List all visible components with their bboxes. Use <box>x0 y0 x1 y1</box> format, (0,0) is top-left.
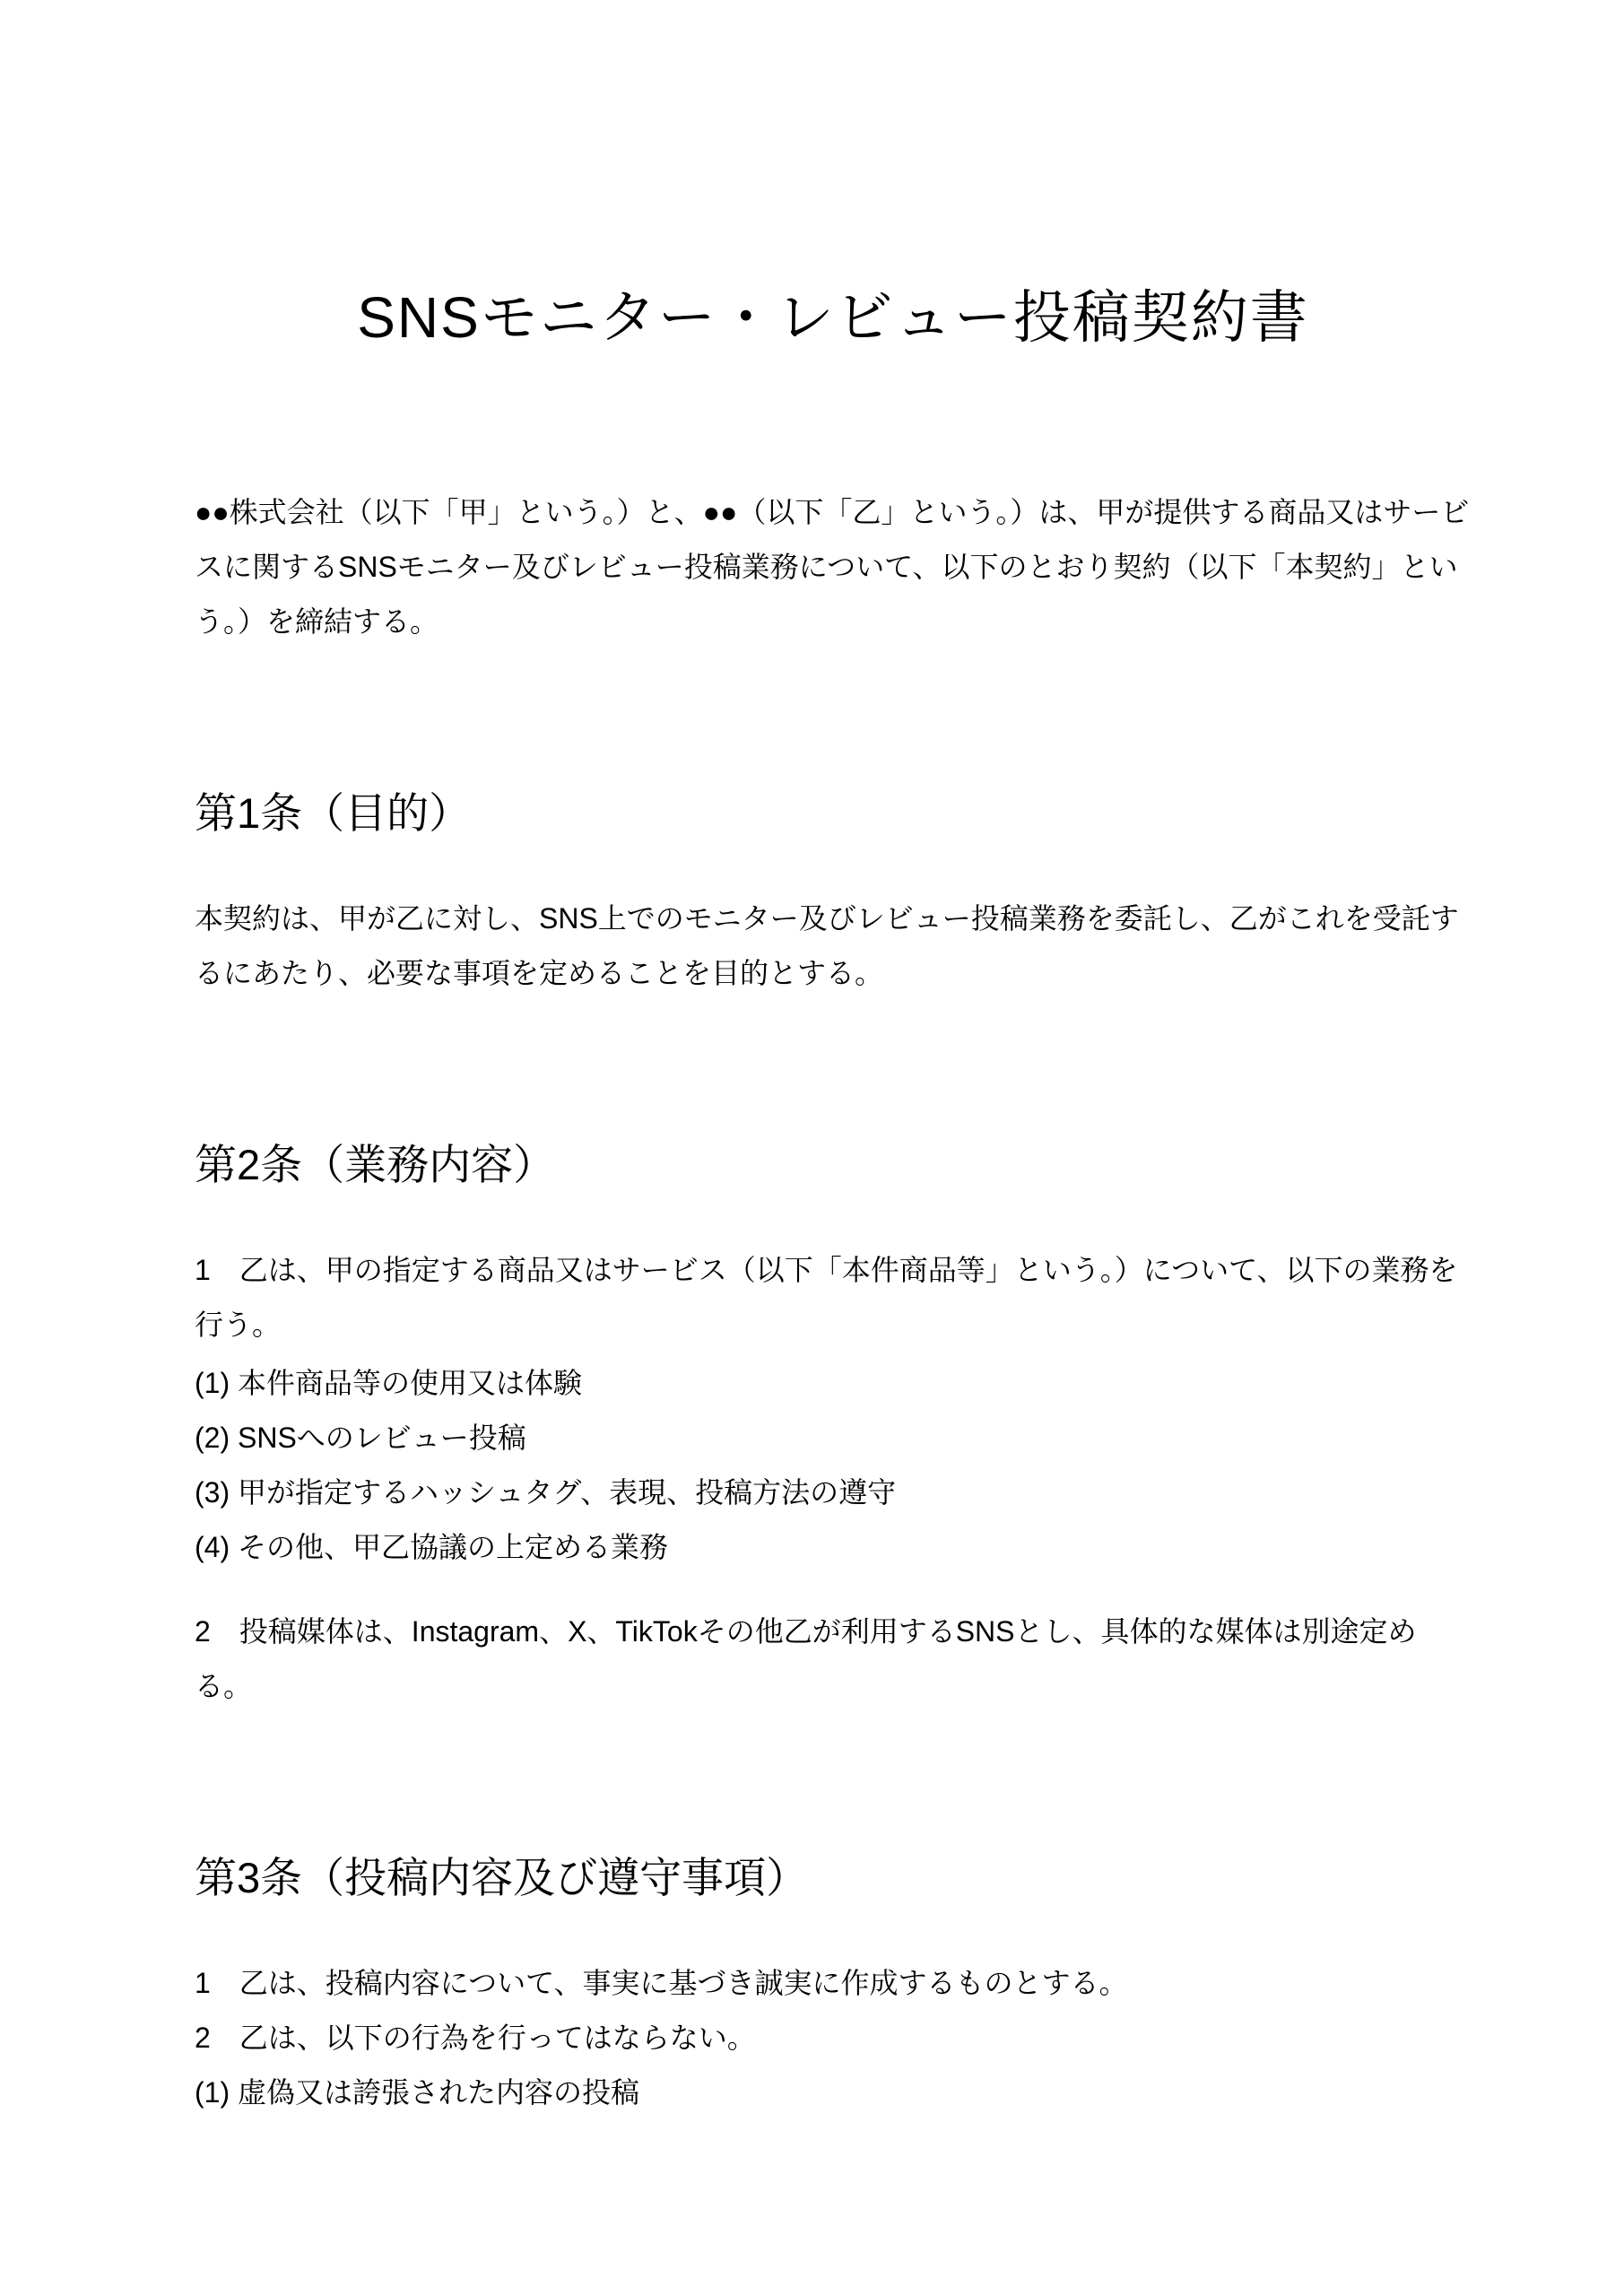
article-2-clause-1: 1 乙は、甲の指定する商品又はサービス（以下「本件商品等」という。）について、以… <box>195 1243 1472 1352</box>
article-2-item-4: (4) その他、甲乙協議の上定める業務 <box>195 1520 1472 1575</box>
article-1-clause-1: 本契約は、甲が乙に対し、SNS上でのモニター及びレビュー投稿業務を委託し、乙がこ… <box>195 891 1472 1001</box>
article-3-clause-1: 1 乙は、投稿内容について、事実に基づき誠実に作成するものとする。 <box>195 1956 1472 2011</box>
article-2-clause-2: 2 投稿媒体は、Instagram、X、TikTokその他乙が利用するSNSとし… <box>195 1605 1472 1714</box>
article-3-clause-2: 2 乙は、以下の行為を行ってはならない。 <box>195 2011 1472 2066</box>
contract-document-page: SNSモニター・レビュー投稿契約書 ●●株式会社（以下「甲」という。）と、●●（… <box>0 0 1624 2296</box>
article-3-item-1: (1) 虚偽又は誇張された内容の投稿 <box>195 2066 1472 2120</box>
article-1: 第1条（目的） 本契約は、甲が乙に対し、SNS上でのモニター及びレビュー投稿業務… <box>195 786 1472 1001</box>
page-title: SNSモニター・レビュー投稿契約書 <box>195 282 1472 353</box>
article-1-heading: 第1条（目的） <box>195 786 1472 840</box>
preamble-paragraph: ●●株式会社（以下「甲」という。）と、●●（以下「乙」という。）は、甲が提供する… <box>195 485 1472 649</box>
article-2-item-3: (3) 甲が指定するハッシュタグ、表現、投稿方法の遵守 <box>195 1465 1472 1520</box>
document-content: SNSモニター・レビュー投稿契約書 ●●株式会社（以下「甲」という。）と、●●（… <box>0 282 1624 2120</box>
article-3-heading: 第3条（投稿内容及び遵守事項） <box>195 1850 1472 1905</box>
article-2: 第2条（業務内容） 1 乙は、甲の指定する商品又はサービス（以下「本件商品等」と… <box>195 1137 1472 1714</box>
article-2-heading: 第2条（業務内容） <box>195 1137 1472 1192</box>
article-2-item-1: (1) 本件商品等の使用又は体験 <box>195 1356 1472 1411</box>
article-3: 第3条（投稿内容及び遵守事項） 1 乙は、投稿内容について、事実に基づき誠実に作… <box>195 1850 1472 2120</box>
article-2-item-2: (2) SNSへのレビュー投稿 <box>195 1411 1472 1465</box>
